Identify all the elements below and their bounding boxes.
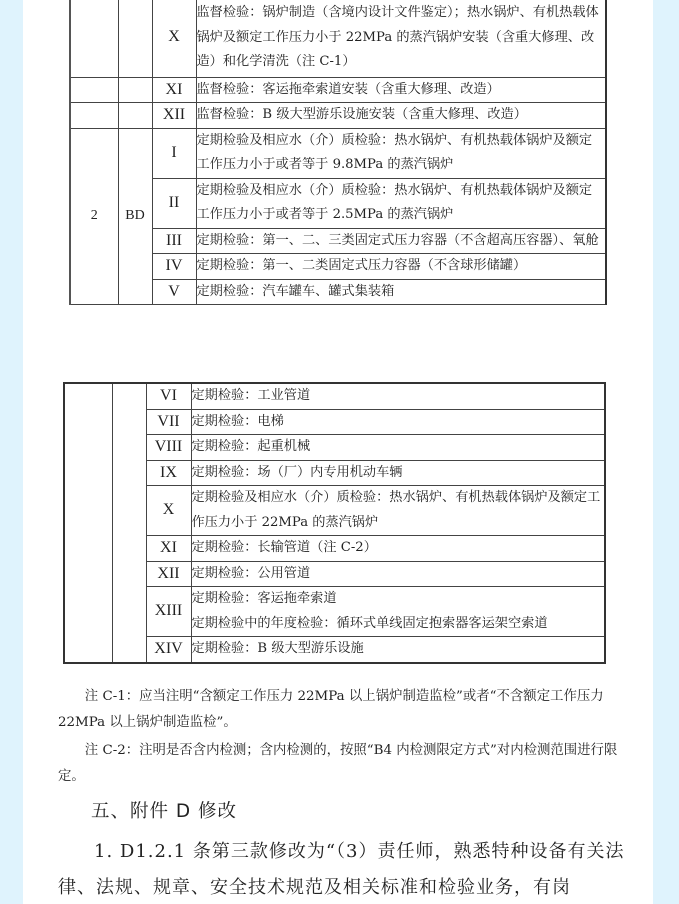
- desc-cell: 定期检验：公用管道: [191, 561, 605, 587]
- roman-cell: IV: [152, 254, 196, 280]
- num-cell: [70, 103, 118, 129]
- num-cell: [70, 77, 118, 103]
- roman-cell: III: [152, 228, 196, 254]
- table-row: XI 定期检验：长输管道（注 C-2）: [64, 536, 605, 562]
- num-cell: 2: [70, 128, 118, 305]
- table-row: XII 监督检验：B 级大型游乐设施安装（含重大修理、改造）: [70, 103, 606, 129]
- table-row: VII 定期检验：电梯: [64, 409, 605, 435]
- table-row: XI 监督检验：客运拖牵索道安装（含重大修理、改造）: [70, 77, 606, 103]
- desc-cell: 定期检验：第一、二、三类固定式压力容器（不含超高压容器）、氧舱: [196, 228, 606, 254]
- table-row: VIII 定期检验：起重机械: [64, 435, 605, 461]
- roman-cell: XI: [152, 77, 196, 103]
- desc-cell: 监督检验：客运拖牵索道安装（含重大修理、改造）: [196, 77, 606, 103]
- roman-cell: X: [152, 0, 196, 77]
- desc-cell: 定期检验及相应水（介）质检验：热水锅炉、有机热载体锅炉及额定工作压力小于 22M…: [191, 486, 605, 536]
- desc-cell: 定期检验：汽车罐车、罐式集装箱: [196, 279, 606, 305]
- desc-cell: 定期检验及相应水（介）质检验：热水锅炉、有机热载体锅炉及额定工作压力小于或者等于…: [196, 128, 606, 178]
- note-c1: 注 C-1：应当注明“含额定工作压力 22MPa 以上锅炉制造监检”或者“不含额…: [58, 684, 618, 736]
- desc-cell: 定期检验：B 级大型游乐设施: [191, 637, 605, 663]
- body-paragraph: 1. D1.2.1 条第三款修改为“（3）责任师，熟悉特种设备有关法律、法规、规…: [58, 834, 630, 904]
- table-row: XIV 定期检验：B 级大型游乐设施: [64, 637, 605, 663]
- roman-cell: XIII: [146, 587, 191, 637]
- desc-cell: 定期检验：场（厂）内专用机动车辆: [191, 460, 605, 486]
- note-c2-text: 注 C-2：注明是否含内检测；含内检测的，按照“B4 内检测限定方式”对内检测范…: [58, 738, 618, 790]
- table-row: XIII 定期检验：客运拖牵索道 定期检验中的年度检验：循环式单线固定抱索器客运…: [64, 587, 605, 637]
- code-cell: [112, 383, 146, 663]
- desc-cell: 定期检验及相应水（介）质检验：热水锅炉、有机热载体锅炉及额定工作压力小于或者等于…: [196, 178, 606, 228]
- code-cell: BD: [118, 128, 152, 305]
- desc-cell: 定期检验：客运拖牵索道 定期检验中的年度检验：循环式单线固定抱索器客运架空索道: [191, 587, 605, 637]
- roman-cell: VIII: [146, 435, 191, 461]
- roman-cell: I: [152, 128, 196, 178]
- roman-cell: XII: [146, 561, 191, 587]
- desc-cell: 定期检验：电梯: [191, 409, 605, 435]
- table-row: X 定期检验及相应水（介）质检验：热水锅炉、有机热载体锅炉及额定工作压力小于 2…: [64, 486, 605, 536]
- num-cell: [64, 383, 112, 663]
- section-heading: 五、附件 D 修改: [91, 797, 237, 823]
- code-cell: [118, 77, 152, 103]
- paragraph-text: 1. D1.2.1 条第三款修改为“（3）责任师，熟悉特种设备有关法律、法规、规…: [58, 834, 630, 904]
- desc-cell: 定期检验：长输管道（注 C-2）: [191, 536, 605, 562]
- inspection-scope-table-bottom: VI 定期检验：工业管道 VII 定期检验：电梯 VIII 定期检验：起重机械 …: [63, 382, 606, 664]
- desc-cell: 监督检验：锅炉制造（含境内设计文件鉴定）；热水锅炉、有机热载体锅炉及额定工作压力…: [196, 0, 606, 77]
- document-page: X 监督检验：锅炉制造（含境内设计文件鉴定）；热水锅炉、有机热载体锅炉及额定工作…: [23, 0, 653, 904]
- roman-cell: XII: [152, 103, 196, 129]
- roman-cell: V: [152, 279, 196, 305]
- note-c2: 注 C-2：注明是否含内检测；含内检测的，按照“B4 内检测限定方式”对内检测范…: [58, 738, 618, 790]
- roman-cell: XIV: [146, 637, 191, 663]
- roman-cell: IX: [146, 460, 191, 486]
- roman-cell: VII: [146, 409, 191, 435]
- roman-cell: X: [146, 486, 191, 536]
- desc-cell: 定期检验：第一、二类固定式压力容器（不含球形储罐）: [196, 254, 606, 280]
- table-row: VI 定期检验：工业管道: [64, 383, 605, 409]
- desc-line: 定期检验：客运拖牵索道: [192, 587, 605, 612]
- num-cell: [70, 0, 118, 77]
- code-cell: [118, 103, 152, 129]
- desc-line: 定期检验中的年度检验：循环式单线固定抱索器客运架空索道: [192, 612, 605, 637]
- table-row: XII 定期检验：公用管道: [64, 561, 605, 587]
- desc-cell: 监督检验：B 级大型游乐设施安装（含重大修理、改造）: [196, 103, 606, 129]
- inspection-scope-table-top: X 监督检验：锅炉制造（含境内设计文件鉴定）；热水锅炉、有机热载体锅炉及额定工作…: [69, 0, 607, 305]
- table-row: X 监督检验：锅炉制造（含境内设计文件鉴定）；热水锅炉、有机热载体锅炉及额定工作…: [70, 0, 606, 77]
- roman-cell: XI: [146, 536, 191, 562]
- desc-cell: 定期检验：工业管道: [191, 383, 605, 409]
- desc-cell: 定期检验：起重机械: [191, 435, 605, 461]
- roman-cell: II: [152, 178, 196, 228]
- note-c1-text: 注 C-1：应当注明“含额定工作压力 22MPa 以上锅炉制造监检”或者“不含额…: [58, 684, 618, 736]
- table-row: IX 定期检验：场（厂）内专用机动车辆: [64, 460, 605, 486]
- roman-cell: VI: [146, 383, 191, 409]
- code-cell: [118, 0, 152, 77]
- table-row: 2 BD I 定期检验及相应水（介）质检验：热水锅炉、有机热载体锅炉及额定工作压…: [70, 128, 606, 178]
